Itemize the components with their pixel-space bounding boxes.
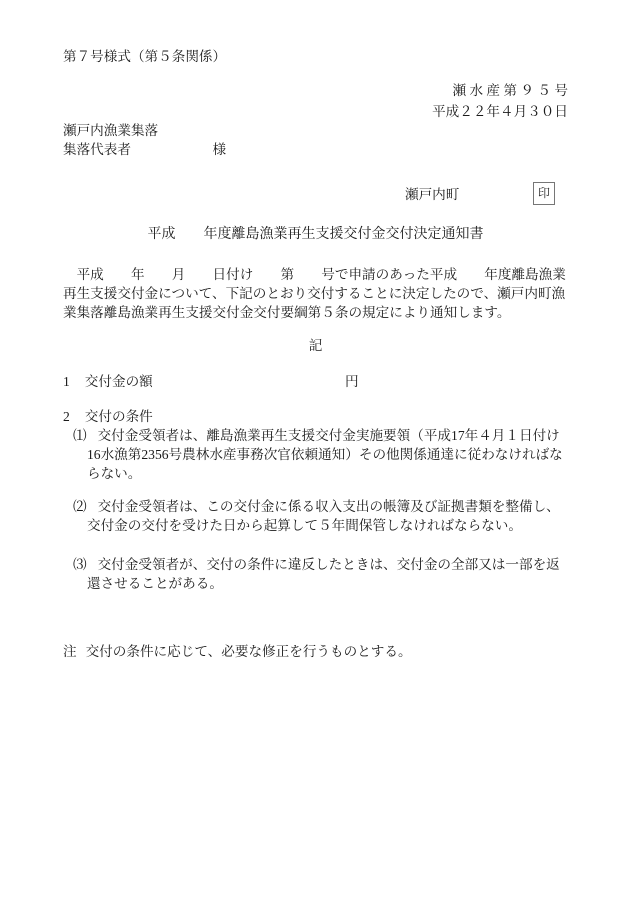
addressee-name: 瀬戸内漁業集落 xyxy=(63,121,568,140)
condition-marker: ⑶ xyxy=(73,557,87,572)
form-number: 第７号様式（第５条関係） xyxy=(63,47,568,66)
condition-item-1: ⑴交付金受領者は、離島漁業再生支援交付金実施要領（平成17年４月１日付け 16水… xyxy=(63,426,568,483)
body-paragraph: 平成 年 月 日付け 第 号で申請のあった平成 年度離島漁業 再生支援交付金につ… xyxy=(63,265,568,322)
item-number: 1 xyxy=(63,374,70,389)
seal-stamp-box: 印 xyxy=(533,182,555,205)
condition-text: 交付金受領者は、この交付金に係る収入支出の帳簿及び証拠書類を整備し、 交付金の交… xyxy=(87,499,560,533)
condition-item-3: ⑶交付金受領者が、交付の条件に違反したときは、交付金の全部又は一部を返 還させる… xyxy=(63,555,568,593)
document-number: 瀬 水 産 第 ９ ５ 号 xyxy=(63,81,568,100)
footnote: 注交付の条件に応じて、必要な修正を行うものとする。 xyxy=(63,642,568,661)
document-title: 平成 年度離島漁業再生支援交付金交付決定通知書 xyxy=(63,225,568,244)
grant-amount-item: 1交付金の額 円 xyxy=(63,372,568,391)
grant-conditions-label: 交付の条件 xyxy=(85,409,153,424)
document-page: 第７号様式（第５条関係） 瀬 水 産 第 ９ ５ 号 平成２２年４月３０日 瀬戸… xyxy=(0,0,630,903)
grant-conditions-heading: 2交付の条件 xyxy=(63,407,568,426)
condition-text: 交付金受領者が、交付の条件に違反したときは、交付金の全部又は一部を返 還させるこ… xyxy=(87,557,560,591)
seal-label: 印 xyxy=(538,186,550,200)
addressee-representative: 集落代表者 様 xyxy=(63,140,568,159)
grant-amount-unit: 円 xyxy=(345,372,359,391)
footnote-text: 交付の条件に応じて、必要な修正を行うものとする。 xyxy=(86,644,412,659)
grant-amount-label: 交付金の額 xyxy=(85,374,153,389)
issue-date: 平成２２年４月３０日 xyxy=(63,102,568,121)
issuer-row: 瀬戸内町 印 xyxy=(63,185,568,204)
condition-item-2: ⑵交付金受領者は、この交付金に係る収入支出の帳簿及び証拠書類を整備し、 交付金の… xyxy=(63,497,568,535)
condition-text: 交付金受領者は、離島漁業再生支援交付金実施要領（平成17年４月１日付け 16水漁… xyxy=(87,428,563,481)
issuer-name: 瀬戸内町 xyxy=(405,185,459,204)
condition-marker: ⑵ xyxy=(73,499,87,514)
condition-marker: ⑴ xyxy=(73,428,87,443)
footnote-marker: 注 xyxy=(63,644,77,659)
item-number: 2 xyxy=(63,409,70,424)
record-marker: 記 xyxy=(63,336,568,355)
